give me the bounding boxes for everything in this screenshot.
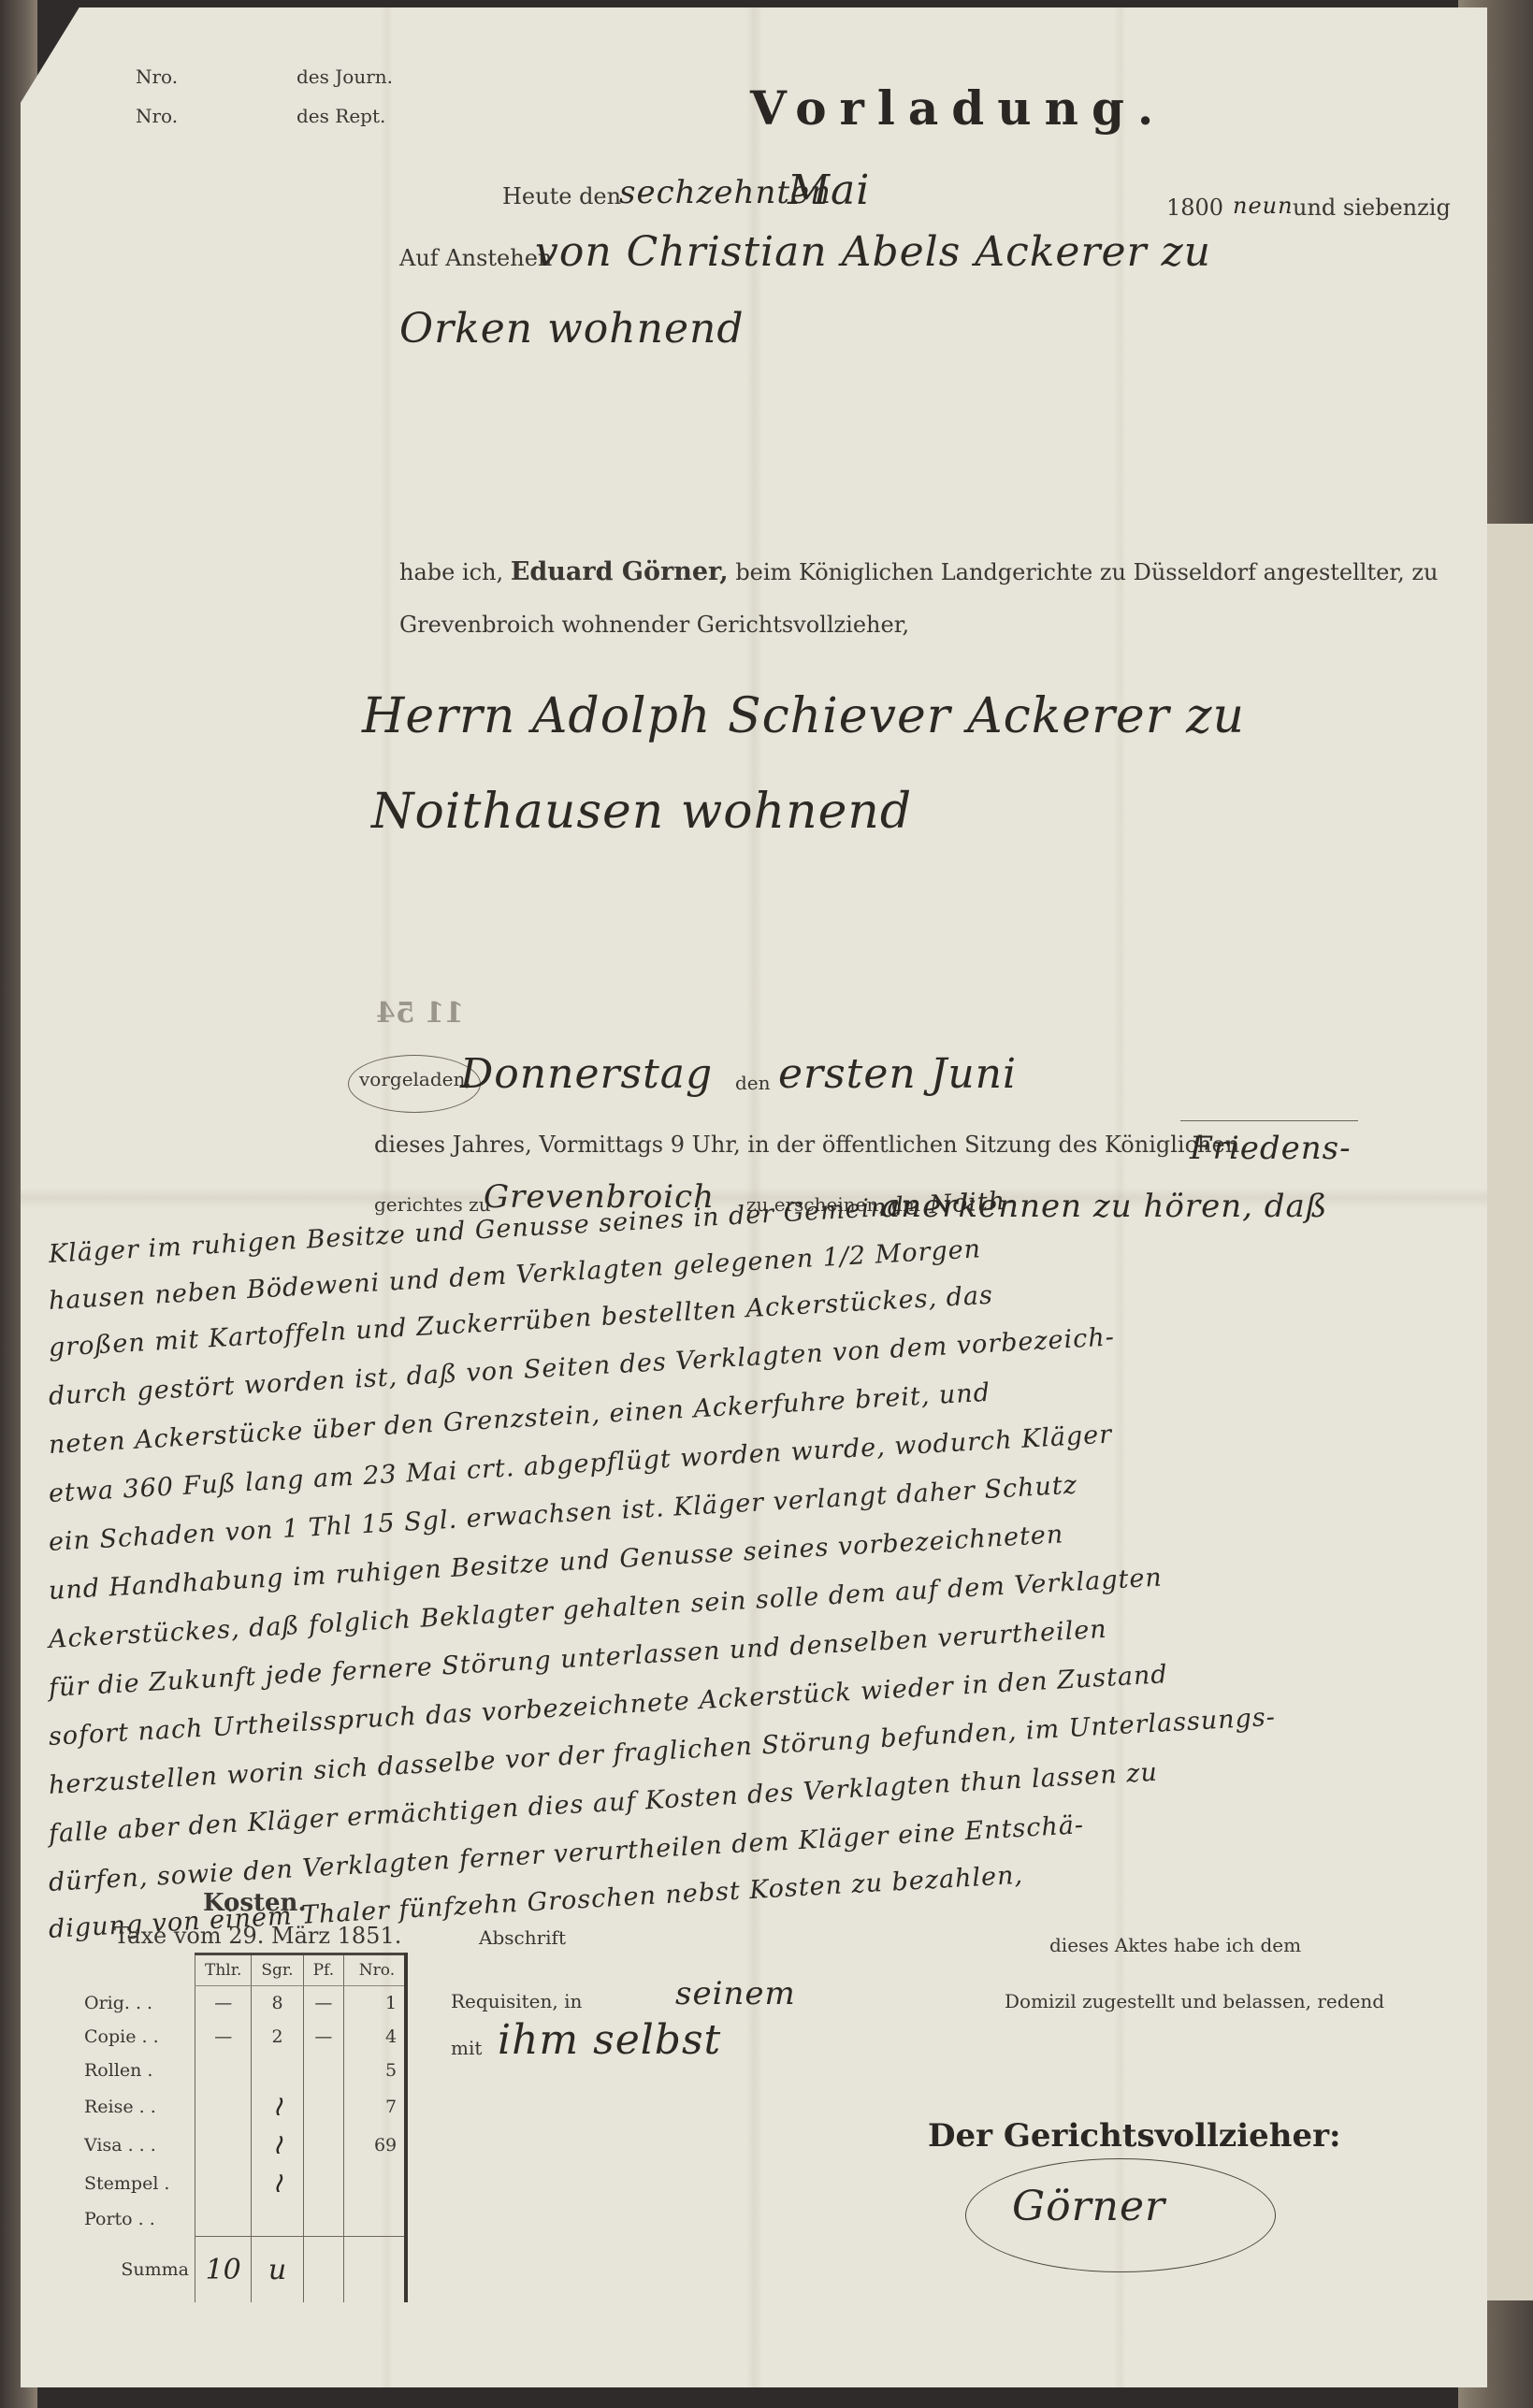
- date-prefix: Heute den: [502, 183, 621, 209]
- costs-row-sgr: [252, 2202, 303, 2237]
- costs-row-pf: [303, 2202, 344, 2237]
- bailiff-suffix: beim Königlichen Landgerichte zu Düsseld…: [735, 559, 1438, 585]
- costs-sum-nro: [344, 2237, 407, 2303]
- costs-row-pf: [303, 2126, 344, 2164]
- costs-row-thlr: [195, 2054, 252, 2087]
- costs-row-thlr: [195, 2164, 252, 2202]
- costs-row-label: Visa . . .: [84, 2126, 195, 2164]
- bailiff-line2: Grevenbroich wohnender Gerichtsvollziehe…: [399, 612, 909, 638]
- costs-row-sgr: [252, 2054, 303, 2087]
- costs-col-label: [84, 1954, 195, 1986]
- mit-label: mit: [451, 2037, 482, 2059]
- summons-label: vorgeladen,: [359, 1068, 471, 1090]
- costs-row-label: Copie . .: [84, 2020, 195, 2054]
- requisit-label: Requisiten, in: [451, 1990, 582, 2012]
- year-handwritten: neun: [1233, 193, 1294, 219]
- costs-row-pf: [303, 2087, 344, 2126]
- summons-line2: dieses Jahres, Vormittags 9 Uhr, in der …: [374, 1132, 1239, 1158]
- costs-row-label: Porto . .: [84, 2202, 195, 2237]
- costs-row-nro: [344, 2202, 407, 2237]
- costs-row-nro: 1: [344, 1986, 407, 2021]
- costs-row-thlr: —: [195, 1986, 252, 2021]
- dieses-aktes-label: dieses Aktes habe ich dem: [1049, 1934, 1301, 1956]
- bailiff-prefix: habe ich,: [399, 559, 503, 585]
- mit-handwritten: ihm selbst: [498, 2016, 721, 2064]
- costs-row-label: Rollen .: [84, 2054, 195, 2087]
- costs-sum-sgr: 10: [195, 2237, 252, 2303]
- summons-weekday: Donnerstag: [460, 1050, 713, 1098]
- summons-line3-prefix: gerichtes zu: [374, 1193, 491, 1216]
- costs-row-nro: 69: [344, 2126, 407, 2164]
- costs-subtitle: Taxe vom 29. März 1851.: [114, 1923, 401, 1949]
- costs-col-sgr: Sgr.: [252, 1954, 303, 1986]
- nro-journ-label: Nro.: [136, 65, 178, 88]
- court-type-rule: [1180, 1120, 1358, 1121]
- costs-row: Copie . . — 2 — 4: [84, 2020, 406, 2054]
- bailiff-line1: habe ich, Eduard Görner, beim Königliche…: [399, 557, 1439, 586]
- costs-sum-empty: [303, 2237, 344, 2303]
- costs-row-pf: —: [303, 2020, 344, 2054]
- nro-rept-label: Nro.: [136, 105, 178, 127]
- costs-row-sgr: 2: [252, 2020, 303, 2054]
- costs-row-nro: 5: [344, 2054, 407, 2087]
- faint-offset-mark: 11 54: [376, 997, 464, 1030]
- defendant-line2: Noithausen wohnend: [371, 784, 912, 840]
- costs-row-thlr: —: [195, 2020, 252, 2054]
- costs-row-nro: [344, 2164, 407, 2202]
- costs-row: Reise . . ≀ 7: [84, 2087, 406, 2126]
- costs-row: Orig. . . — 8 — 1: [84, 1986, 406, 2021]
- costs-row-pf: [303, 2164, 344, 2202]
- costs-row: Porto . .: [84, 2202, 406, 2237]
- costs-col-thlr: Thlr.: [195, 1954, 252, 1986]
- year-printed: 1800: [1166, 195, 1223, 221]
- petitioner-label: Auf Anstehen: [399, 245, 552, 271]
- court-type-handwritten: Friedens-: [1190, 1130, 1352, 1167]
- costs-row-label: Orig. . .: [84, 1986, 195, 2021]
- costs-row-thlr: [195, 2087, 252, 2126]
- document-title: Vorladung.: [750, 80, 1166, 136]
- defendant-line1: Herrn Adolph Schiever Ackerer zu: [362, 688, 1245, 744]
- signature-name: Görner: [1012, 2183, 1165, 2230]
- petitioner-line2: Orken wohnend: [399, 305, 745, 353]
- signature-label: Der Gerichtsvollzieher:: [928, 2117, 1341, 2155]
- costs-squiggle-mark: ≀: [252, 2087, 303, 2126]
- costs-sum-row: Summa 10 u: [84, 2237, 406, 2303]
- document-page: Nro. des Journ. Nro. des Rept. Vorladung…: [21, 7, 1487, 2387]
- petitioner-line1: von Christian Abels Ackerer zu: [535, 228, 1211, 276]
- costs-row-pf: —: [303, 1986, 344, 2021]
- summons-date: ersten Juni: [778, 1050, 1017, 1098]
- des-journ-label: des Journ.: [296, 65, 393, 88]
- domicile-handwritten: seinem: [675, 1975, 796, 2012]
- costs-row: Visa . . . ≀ 69: [84, 2126, 406, 2164]
- costs-row-thlr: [195, 2202, 252, 2237]
- summons-den-label: den: [735, 1072, 771, 1094]
- costs-col-pf: Pf.: [303, 1954, 344, 1986]
- date-month-handwritten: Mai: [788, 166, 870, 214]
- costs-row-label: Stempel .: [84, 2164, 195, 2202]
- costs-squiggle-mark: ≀: [252, 2164, 303, 2202]
- costs-sum-pf: u: [252, 2237, 303, 2303]
- costs-row-sgr: 8: [252, 1986, 303, 2021]
- costs-table: Thlr. Sgr. Pf. Nro. Orig. . . — 8 — 1 Co…: [84, 1953, 408, 2302]
- domicile-suffix: Domizil zugestellt und belassen, redend: [1005, 1990, 1384, 2012]
- year-suffix: und siebenzig: [1293, 195, 1451, 221]
- bailiff-name: Eduard Görner,: [511, 557, 729, 586]
- costs-col-nro: Nro.: [344, 1954, 407, 1986]
- costs-row-nro: 7: [344, 2087, 407, 2126]
- costs-row-thlr: [195, 2126, 252, 2164]
- des-rept-label: des Rept.: [296, 105, 385, 127]
- costs-squiggle-mark: ≀: [252, 2126, 303, 2164]
- costs-row-label: Reise . .: [84, 2087, 195, 2126]
- costs-row-pf: [303, 2054, 344, 2087]
- costs-row: Stempel . ≀: [84, 2164, 406, 2202]
- costs-sum-label: Summa: [84, 2237, 195, 2303]
- costs-row: Rollen . 5: [84, 2054, 406, 2087]
- costs-row-nro: 4: [344, 2020, 407, 2054]
- costs-title: Kosten.: [203, 1889, 307, 1917]
- costs-header-row: Thlr. Sgr. Pf. Nro.: [84, 1954, 406, 1986]
- abschrift-label: Abschrift: [479, 1926, 566, 1949]
